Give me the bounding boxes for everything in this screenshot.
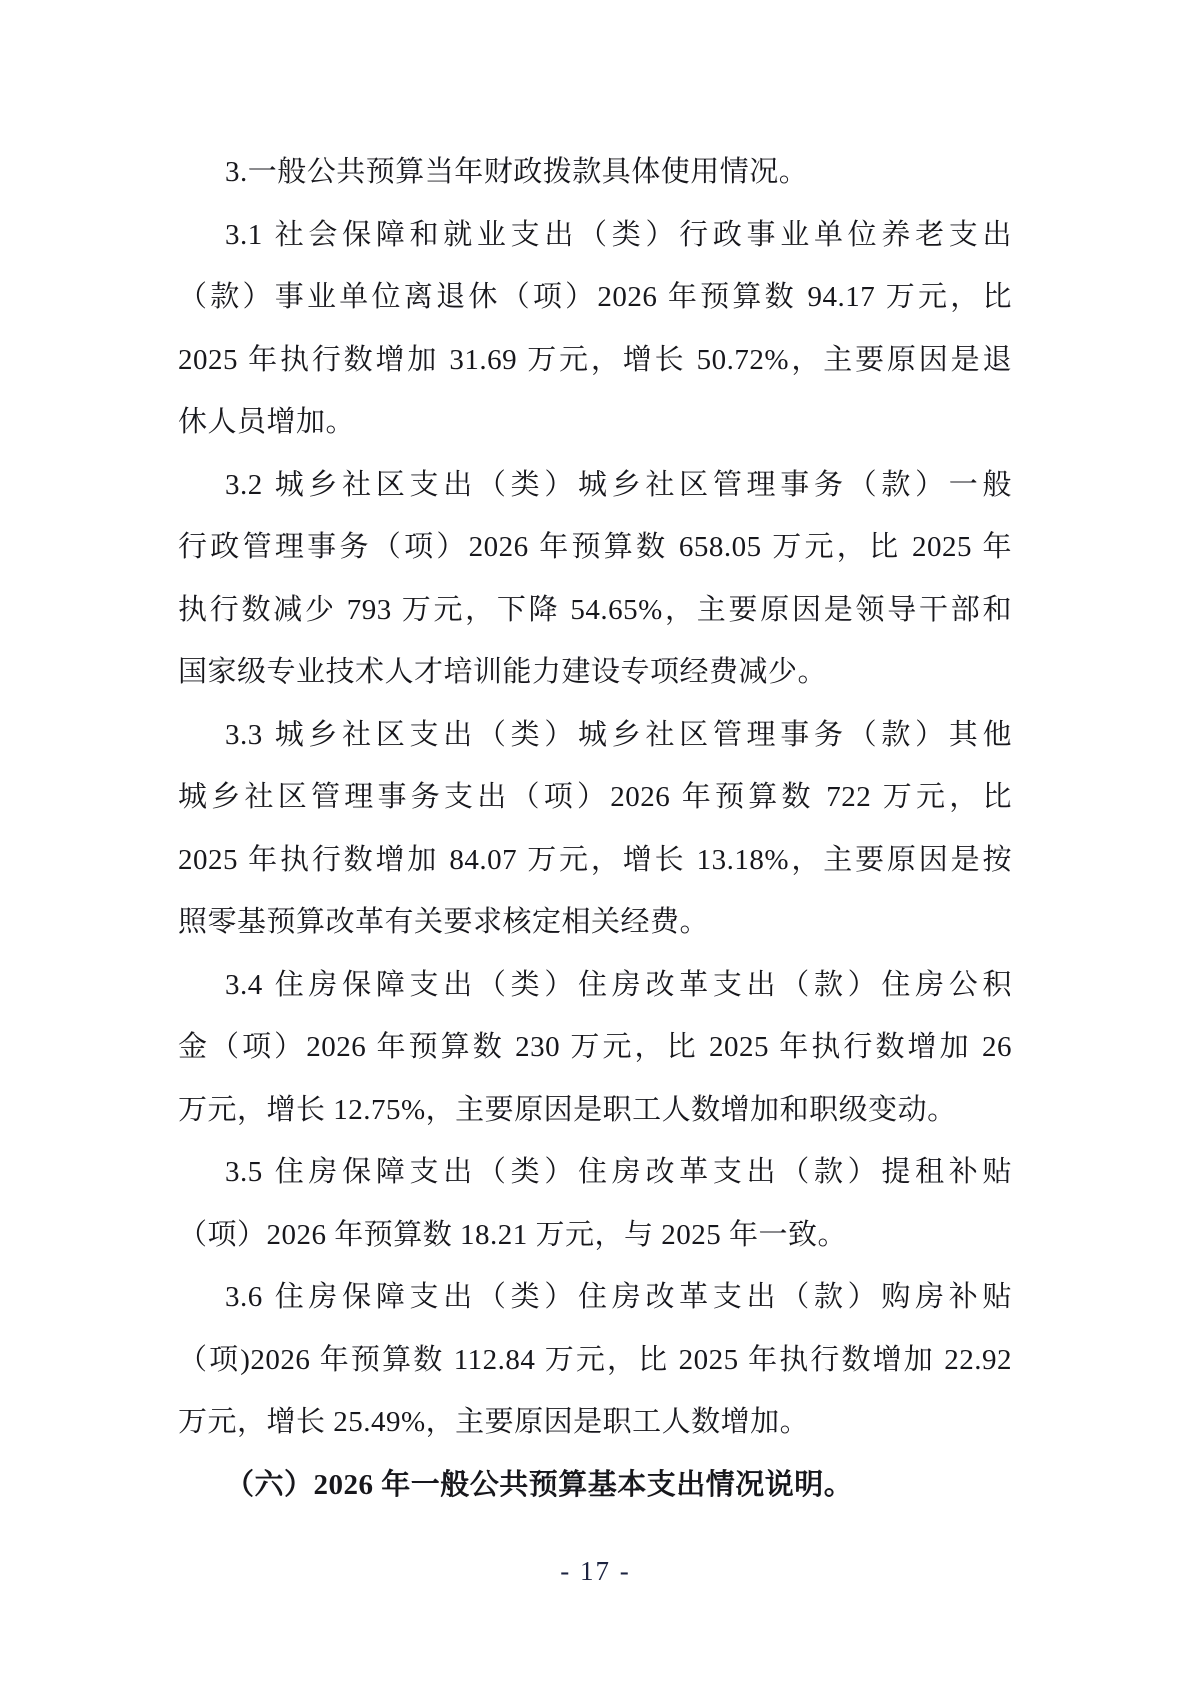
doc-line: 2025 年执行数增加 84.07 万元，增长 13.18%，主要原因是按 [178, 829, 1012, 892]
doc-line: 城乡社区管理事务支出（项）2026 年预算数 722 万元，比 [178, 766, 1012, 829]
doc-line: 3.5 住房保障支出（类）住房改革支出（款）提租补贴 [178, 1141, 1012, 1204]
doc-line: 2025 年执行数增加 31.69 万元，增长 50.72%，主要原因是退 [178, 329, 1012, 392]
doc-line: 国家级专业技术人才培训能力建设专项经费减少。 [178, 641, 1012, 704]
page-number: - 17 - [0, 1556, 1191, 1587]
doc-line: 3.6 住房保障支出（类）住房改革支出（款）购房补贴 [178, 1266, 1012, 1329]
doc-line: 金（项）2026 年预算数 230 万元，比 2025 年执行数增加 26 [178, 1016, 1012, 1079]
doc-line: 行政管理事务（项）2026 年预算数 658.05 万元，比 2025 年 [178, 516, 1012, 579]
doc-line: 休人员增加。 [178, 391, 1012, 454]
doc-line: 3.1 社会保障和就业支出（类）行政事业单位养老支出 [178, 204, 1012, 267]
doc-line: （项）2026 年预算数 18.21 万元，与 2025 年一致。 [178, 1204, 1012, 1267]
doc-line: 万元，增长 12.75%，主要原因是职工人数增加和职级变动。 [178, 1079, 1012, 1142]
doc-line: 3.2 城乡社区支出（类）城乡社区管理事务（款）一般 [178, 454, 1012, 517]
doc-line-numbered-heading: 3.一般公共预算当年财政拨款具体使用情况。 [178, 141, 1012, 204]
document-page: 3.一般公共预算当年财政拨款具体使用情况。 3.1 社会保障和就业支出（类）行政… [0, 0, 1191, 1684]
doc-line: 照零基预算改革有关要求核定相关经费。 [178, 891, 1012, 954]
doc-line: 3.4 住房保障支出（类）住房改革支出（款）住房公积 [178, 954, 1012, 1017]
doc-line: （项)2026 年预算数 112.84 万元，比 2025 年执行数增加 22.… [178, 1329, 1012, 1392]
doc-line: 3.3 城乡社区支出（类）城乡社区管理事务（款）其他 [178, 704, 1012, 767]
document-body: 3.一般公共预算当年财政拨款具体使用情况。 3.1 社会保障和就业支出（类）行政… [178, 141, 1012, 1516]
doc-line: 执行数减少 793 万元，下降 54.65%，主要原因是领导干部和 [178, 579, 1012, 642]
doc-line: 万元，增长 25.49%，主要原因是职工人数增加。 [178, 1391, 1012, 1454]
doc-line: （款）事业单位离退休（项）2026 年预算数 94.17 万元，比 [178, 266, 1012, 329]
section-heading: （六）2026 年一般公共预算基本支出情况说明。 [178, 1454, 1012, 1517]
